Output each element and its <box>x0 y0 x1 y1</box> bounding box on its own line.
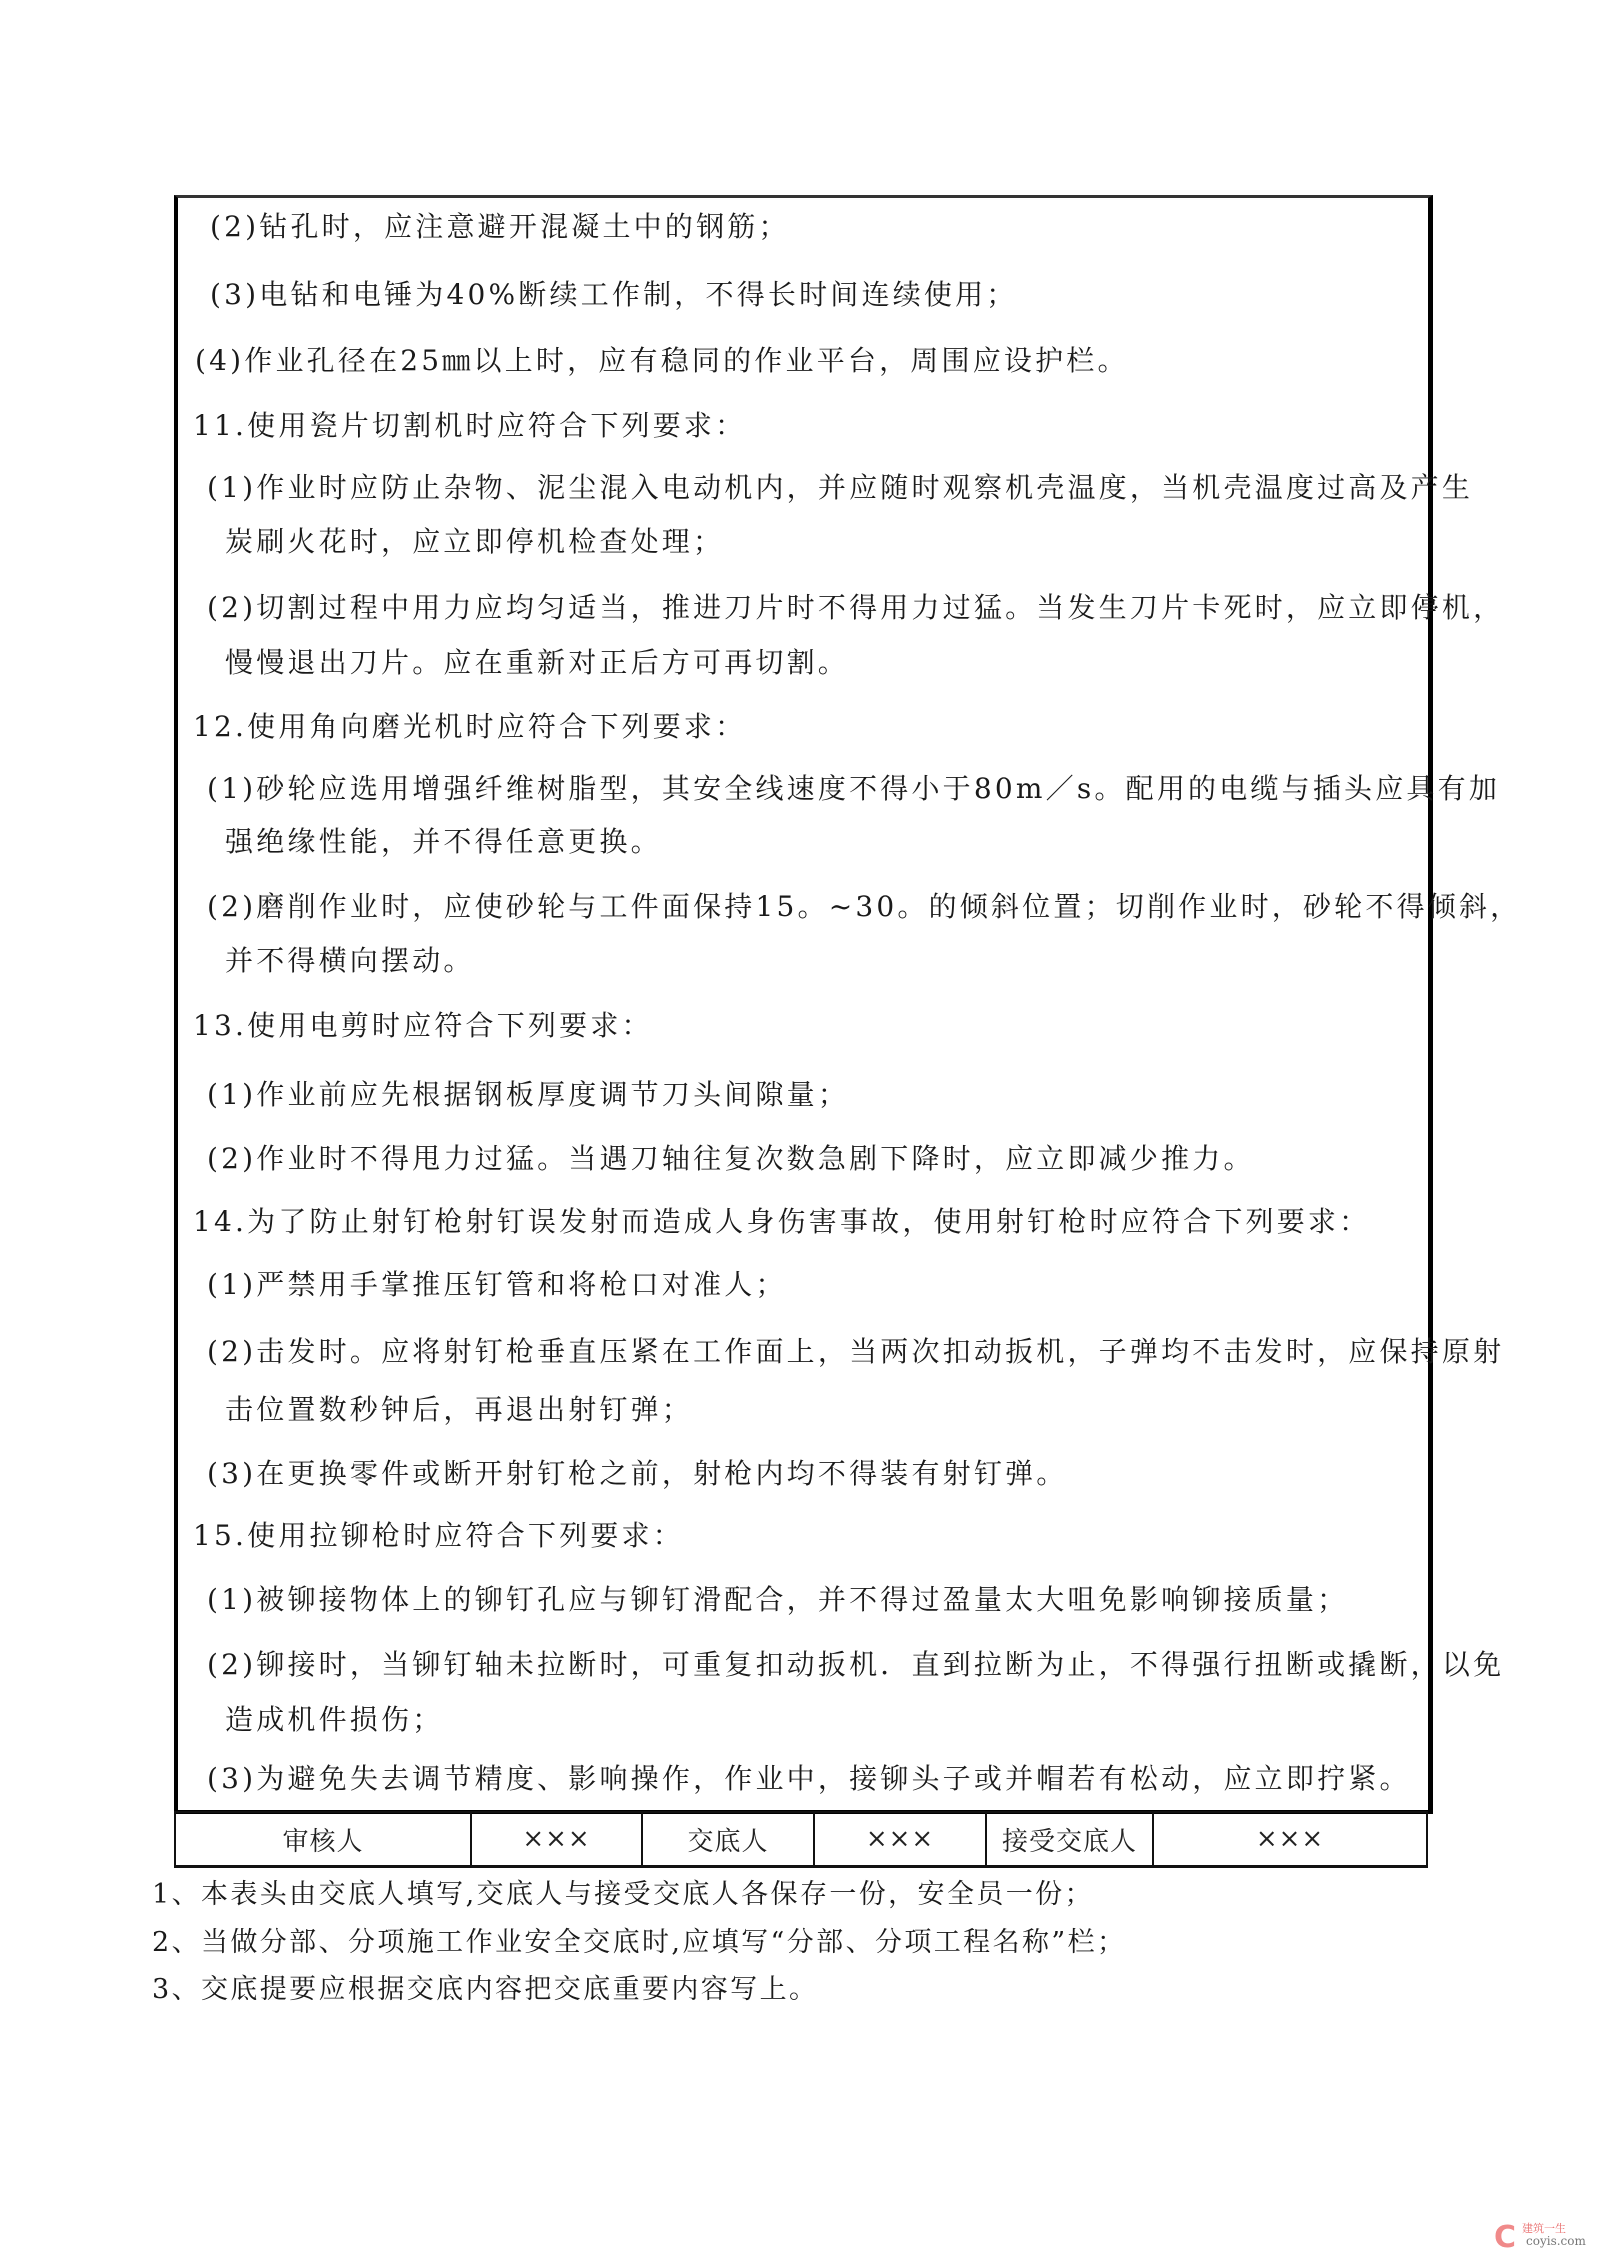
watermark-logo-icon: C <box>1494 2220 1516 2255</box>
content-line: (3)为避免失去调节精度、影响操作，作业中，接铆头子或并帽若有松动，应立即拧紧。 <box>207 1759 1411 1799</box>
content-line: 慢慢退出刀片。应在重新对正后方可再切割。 <box>225 643 849 683</box>
receiver-value: ××× <box>1153 1812 1427 1867</box>
receiver-label: 接受交底人 <box>986 1812 1153 1867</box>
content-line: 并不得横向摆动。 <box>225 941 475 981</box>
content-line: (3)在更换零件或断开射钉枪之前，射枪内均不得装有射钉弹。 <box>207 1454 1067 1494</box>
content-line: (1)被铆接物体上的铆钉孔应与铆钉滑配合，并不得过盈量太大咀免影响铆接质量； <box>207 1580 1348 1620</box>
content-line: (2)击发时。应将射钉枪垂直压紧在工作面上，当两次扣动扳机，子弹均不击发时，应保… <box>207 1332 1504 1372</box>
content-line: (1)作业前应先根据钢板厚度调节刀头间隙量； <box>207 1075 849 1115</box>
content-line: 14.为了防止射钉枪射钉误发射而造成人身伤害事故，使用射钉枪时应符合下列要求： <box>193 1202 1370 1242</box>
content-line: (2)铆接时，当铆钉轴未拉断时，可重复扣动扳机．直到拉断为止，不得强行扭断或撬断… <box>207 1645 1504 1685</box>
presenter-value: ××× <box>814 1812 986 1867</box>
content-line: (2)钻孔时，应注意避开混凝土中的钢筋； <box>210 207 790 247</box>
signature-table: 审核人 ××× 交底人 ××× 接受交底人 ××× <box>174 1811 1428 1868</box>
content-line: (1)作业时应防止杂物、泥尘混入电动机内，并应随时观察机壳温度，当机壳温度过高及… <box>207 468 1473 508</box>
content-line: (3)电钻和电锤为40%断续工作制，不得长时间连续使用； <box>210 275 1018 315</box>
reviewer-value: ××× <box>471 1812 642 1867</box>
reviewer-label: 审核人 <box>175 1812 471 1867</box>
content-line: (1)砂轮应选用增强纤维树脂型，其安全线速度不得小于80m／s。配用的电缆与插头… <box>207 769 1500 809</box>
content-line: 11.使用瓷片切割机时应符合下列要求： <box>193 406 746 446</box>
note-2: 2、当做分部、分项施工作业安全交底时,应填写“分部、分项工程名称”栏； <box>152 1923 1126 1963</box>
content-line: 强绝缘性能，并不得任意更换。 <box>225 822 662 862</box>
watermark: C 建筑一生 coyis.com <box>1494 2220 1594 2256</box>
content-line: (1)严禁用手掌推压钉管和将枪口对准人； <box>207 1265 787 1305</box>
note-3: 3、交底提要应根据交底内容把交底重要内容写上。 <box>152 1970 818 2010</box>
content-line: 13.使用电剪时应符合下列要求： <box>193 1006 653 1046</box>
content-line: (2)切割过程中用力应均匀适当，推进刀片时不得用力过猛。当发生刀片卡死时，应立即… <box>207 588 1504 628</box>
note-1: 1、本表头由交底人填写,交底人与接受交底人各保存一份，安全员一份； <box>152 1875 1094 1915</box>
content-line: (2)作业时不得甩力过猛。当遇刀轴往复次数急剧下降时，应立即减少推力。 <box>207 1139 1255 1179</box>
content-line: 15.使用拉铆枪时应符合下列要求： <box>193 1516 684 1556</box>
content-line: (2)磨削作业时，应使砂轮与工件面保持15。~30。的倾斜位置；切削作业时，砂轮… <box>207 887 1521 927</box>
content-line: 击位置数秒钟后，再退出射钉弹； <box>225 1390 693 1430</box>
content-line: 造成机件损伤； <box>225 1700 443 1740</box>
content-line: 炭刷火花时，应立即停机检查处理； <box>225 522 724 562</box>
signature-row: 审核人 ××× 交底人 ××× 接受交底人 ××× <box>175 1812 1427 1867</box>
content-line: (4)作业孔径在25㎜以上时，应有稳同的作业平台，周围应设护栏。 <box>195 341 1129 381</box>
presenter-label: 交底人 <box>642 1812 814 1867</box>
content-line: 12.使用角向磨光机时应符合下列要求： <box>193 707 746 747</box>
watermark-en: coyis.com <box>1526 2234 1586 2248</box>
